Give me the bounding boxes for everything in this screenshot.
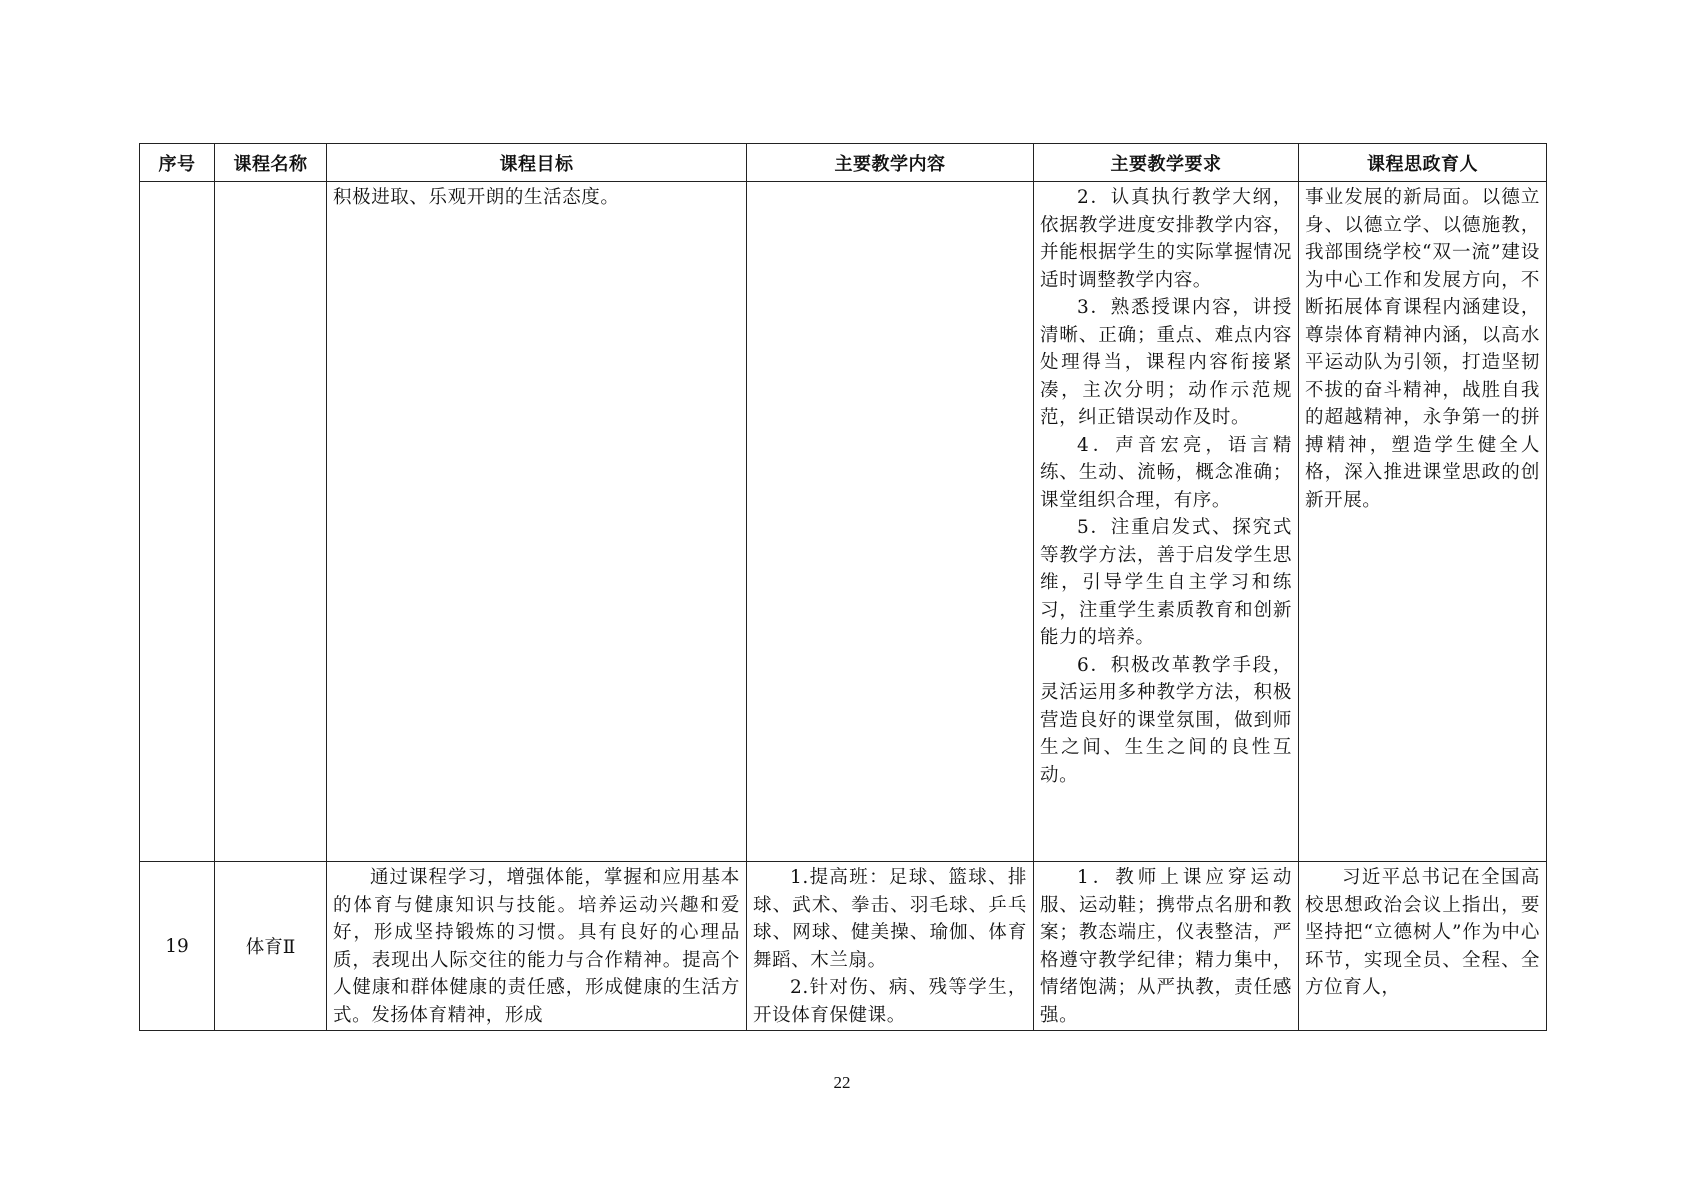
requirement-item: 4．声音宏亮，语言精练、生动、流畅，概念准确；课堂组织合理，有序。 [1040,432,1292,515]
cell-course-goal: 积极进取、乐观开朗的生活态度。 [327,182,747,862]
requirement-item: 3．熟悉授课内容，讲授清晰、正确；重点、难点内容处理得当，课程内容衔接紧凑，主次… [1040,294,1292,432]
cell-ideology-education: 习近平总书记在全国高校思想政治会议上指出，要坚持把“立德树人”作为中心环节，实现… [1299,862,1547,1031]
goal-text: 积极进取、乐观开朗的生活态度。 [333,184,740,212]
cell-course-name: 体育Ⅱ [215,862,327,1031]
page-number: 22 [0,1073,1684,1093]
cell-index [140,182,215,862]
table-row: 积极进取、乐观开朗的生活态度。 2．认真执行教学大纲，依据教学进度安排教学内容，… [140,182,1547,862]
header-ideology-education: 课程思政育人 [1299,144,1547,182]
ideology-text: 习近平总书记在全国高校思想政治会议上指出，要坚持把“立德树人”作为中心环节，实现… [1305,864,1540,1002]
table-row: 19 体育Ⅱ 通过课程学习，增强体能，掌握和应用基本的体育与健康知识与技能。培养… [140,862,1547,1031]
goal-text: 通过课程学习，增强体能，掌握和应用基本的体育与健康知识与技能。培养运动兴趣和爱好… [333,864,740,1029]
requirement-item: 6．积极改革教学手段，灵活运用多种教学方法，积极营造良好的课堂氛围，做到师生之间… [1040,652,1292,790]
table-header-row: 序号 课程名称 课程目标 主要教学内容 主要教学要求 课程思政育人 [140,144,1547,182]
cell-teaching-requirements: 1．教师上课应穿运动服、运动鞋；携带点名册和教案；教态端庄，仪表整洁，严格遵守教… [1034,862,1299,1031]
header-course-name: 课程名称 [215,144,327,182]
cell-teaching-content [747,182,1034,862]
cell-course-goal: 通过课程学习，增强体能，掌握和应用基本的体育与健康知识与技能。培养运动兴趣和爱好… [327,862,747,1031]
course-table: 序号 课程名称 课程目标 主要教学内容 主要教学要求 课程思政育人 积极进取、乐… [139,143,1547,1031]
cell-teaching-content: 1.提高班：足球、篮球、排球、武术、拳击、羽毛球、乒乓球、网球、健美操、瑜伽、体… [747,862,1034,1031]
header-index: 序号 [140,144,215,182]
header-teaching-requirements: 主要教学要求 [1034,144,1299,182]
cell-teaching-requirements: 2．认真执行教学大纲，依据教学进度安排教学内容，并能根据学生的实际掌握情况适时调… [1034,182,1299,862]
cell-ideology-education: 事业发展的新局面。以德立身、以德立学、以德施教，我部围绕学校“双一流”建设为中心… [1299,182,1547,862]
cell-index: 19 [140,862,215,1031]
requirement-item: 2．认真执行教学大纲，依据教学进度安排教学内容，并能根据学生的实际掌握情况适时调… [1040,184,1292,294]
header-teaching-content: 主要教学内容 [747,144,1034,182]
requirement-item: 5．注重启发式、探究式等教学方法，善于启发学生思维，引导学生自主学习和练习，注重… [1040,514,1292,652]
content-item: 1.提高班：足球、篮球、排球、武术、拳击、羽毛球、乒乓球、网球、健美操、瑜伽、体… [753,864,1027,974]
header-course-goal: 课程目标 [327,144,747,182]
requirement-item: 1．教师上课应穿运动服、运动鞋；携带点名册和教案；教态端庄，仪表整洁，严格遵守教… [1040,864,1292,1029]
cell-course-name [215,182,327,862]
content-item: 2.针对伤、病、残等学生，开设体育保健课。 [753,974,1027,1029]
ideology-text: 事业发展的新局面。以德立身、以德立学、以德施教，我部围绕学校“双一流”建设为中心… [1305,184,1540,514]
